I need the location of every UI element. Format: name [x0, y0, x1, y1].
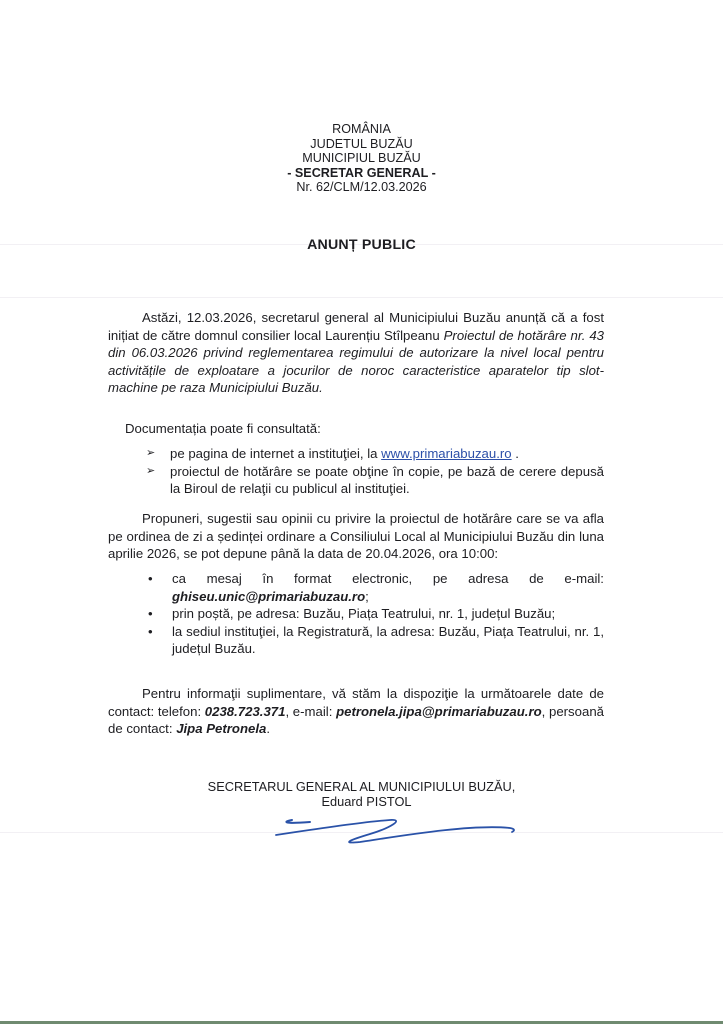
contact-email-label: , e-mail:: [285, 704, 336, 719]
list-item: • ca mesaj în format electronic, pe adre…: [146, 570, 604, 605]
list-item: ➢ proiectul de hotărâre se poate obţine …: [146, 463, 604, 498]
list-item: ➢ pe pagina de internet a instituţiei, l…: [146, 445, 604, 463]
list-item-text: pe pagina de internet a instituţiei, la: [170, 446, 381, 461]
page-title: ANUNȚ PUBLIC: [0, 237, 723, 253]
contact-person: Jipa Petronela: [176, 721, 266, 736]
list-item-text: la sediul instituţiei, la Registratură, …: [172, 624, 604, 657]
list-item-suffix: ;: [365, 589, 369, 604]
word: electronic,: [352, 570, 412, 588]
header-country: ROMÂNIA: [0, 122, 723, 137]
scan-line: [0, 297, 723, 298]
documentation-list: ➢ pe pagina de internet a instituţiei, l…: [146, 445, 604, 498]
arrow-bullet-icon: ➢: [146, 463, 155, 481]
word: pe: [433, 570, 448, 588]
arrow-bullet-icon: ➢: [146, 445, 155, 463]
header-reference: Nr. 62/CLM/12.03.2026: [0, 180, 723, 195]
contact-end: .: [266, 721, 270, 736]
list-item: • prin poștă, pe adresa: Buzău, Piața Te…: [146, 605, 604, 623]
submission-list: • ca mesaj în format electronic, pe adre…: [146, 570, 604, 658]
proposals-text: Propuneri, sugestii sau opinii cu privir…: [108, 511, 604, 561]
list-item-text: prin poștă, pe adresa: Buzău, Piața Teat…: [172, 606, 555, 621]
signatory-title: SECRETARUL GENERAL AL MUNICIPIULUI BUZĂU…: [0, 779, 723, 794]
word: mesaj: [207, 570, 242, 588]
handwritten-signature-icon: [270, 808, 520, 848]
list-item-text: ca mesaj în format electronic, pe adresa…: [172, 570, 604, 588]
bullet-icon: •: [148, 623, 153, 641]
contact-paragraph: Pentru informaţii suplimentare, vă stăm …: [108, 685, 604, 738]
proposals-paragraph: Propuneri, sugestii sau opinii cu privir…: [108, 510, 604, 563]
bullet-icon: •: [148, 570, 153, 588]
signature-block: SECRETARUL GENERAL AL MUNICIPIULUI BUZĂU…: [0, 779, 723, 809]
bullet-icon: •: [148, 605, 153, 623]
website-link[interactable]: www.primariabuzau.ro: [381, 446, 511, 461]
word: e-mail:: [564, 570, 604, 588]
header-office: - SECRETAR GENERAL -: [0, 166, 723, 181]
intro-paragraph: Astăzi, 12.03.2026, secretarul general a…: [108, 309, 604, 397]
contact-phone[interactable]: 0238.723.371: [205, 704, 286, 719]
word: format: [294, 570, 331, 588]
word: în: [262, 570, 273, 588]
document-header: ROMÂNIA JUDETUL BUZĂU MUNICIPIUL BUZĂU -…: [0, 122, 723, 195]
documentation-heading-text: Documentația poate fi consultată:: [125, 421, 321, 436]
word: adresa: [468, 570, 508, 588]
word: de: [529, 570, 544, 588]
header-county: JUDETUL BUZĂU: [0, 137, 723, 152]
list-item: • la sediul instituţiei, la Registratură…: [146, 623, 604, 658]
contact-email[interactable]: petronela.jipa@primariabuzau.ro: [336, 704, 542, 719]
word: ca: [172, 570, 186, 588]
signatory-name: Eduard PISTOL: [0, 794, 723, 809]
list-item-suffix: .: [512, 446, 519, 461]
documentation-heading: Documentația poate fi consultată:: [108, 420, 604, 438]
header-municipality: MUNICIPIUL BUZĂU: [0, 151, 723, 166]
submission-email[interactable]: ghiseu.unic@primariabuzau.ro: [172, 589, 365, 604]
list-item-text: proiectul de hotărâre se poate obţine în…: [170, 464, 604, 497]
